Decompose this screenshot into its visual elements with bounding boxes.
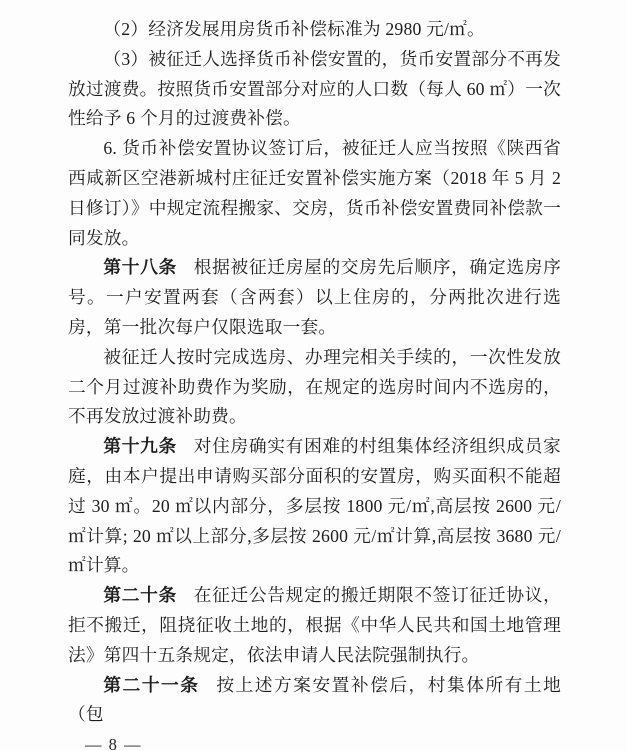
paragraph-text: （3）被征迁人选择货币补偿安置的，货币安置部分不再发放过渡费。按照货币安置部分对…: [68, 49, 561, 129]
paragraph-monetary-compensation-transition: （3）被征迁人选择货币补偿安置的，货币安置部分不再发放过渡费。按照货币安置部分对…: [68, 45, 561, 134]
paragraph-text: （2）经济发展用房货币补偿标准为 2980 元/㎡。: [103, 19, 485, 39]
paragraph-selection-reward: 被征迁人按时完成选房、办理完相关手续的，一次性发放二个月过渡补助费作为奖励，在规…: [68, 343, 561, 432]
page-number: — 8 —: [68, 734, 561, 751]
document-page: （2）经济发展用房货币补偿标准为 2980 元/㎡。 （3）被征迁人选择货币补偿…: [0, 0, 627, 751]
article-19-heading: 第十九条: [103, 436, 177, 456]
paragraph-economic-housing-standard: （2）经济发展用房货币补偿标准为 2980 元/㎡。: [68, 15, 561, 45]
article-18-heading: 第十八条: [103, 257, 177, 277]
paragraph-text: 对住房确实有困难的村组集体经济组织成员家庭，由本户提出申请购买部分面积的安置房，…: [68, 436, 561, 575]
paragraph-article-19: 第十九条对住房确实有困难的村组集体经济组织成员家庭，由本户提出申请购买部分面积的…: [68, 432, 561, 581]
paragraph-article-21: 第二十一条按上述方案安置补偿后，村集体所有土地（包: [68, 671, 561, 731]
paragraph-article-18: 第十八条根据被征迁房屋的交房先后顺序，确定选房序号。一户安置两套（含两套）以上住…: [68, 253, 561, 342]
paragraph-agreement-procedure: 6. 货币补偿安置协议签订后，被征迁人应当按照《陕西省西咸新区空港新城村庄征迁安…: [68, 134, 561, 253]
article-21-heading: 第二十一条: [103, 675, 199, 695]
paragraph-article-20: 第二十条在征迁公告规定的搬迁期限不签订征迁协议，拒不搬迁，阻挠征收土地的，根据《…: [68, 581, 561, 670]
paragraph-text: 6. 货币补偿安置协议签订后，被征迁人应当按照《陕西省西咸新区空港新城村庄征迁安…: [68, 138, 561, 247]
document-body: （2）经济发展用房货币补偿标准为 2980 元/㎡。 （3）被征迁人选择货币补偿…: [68, 15, 561, 730]
paragraph-text: 被征迁人按时完成选房、办理完相关手续的，一次性发放二个月过渡补助费作为奖励，在规…: [68, 347, 561, 427]
article-20-heading: 第二十条: [103, 585, 177, 605]
